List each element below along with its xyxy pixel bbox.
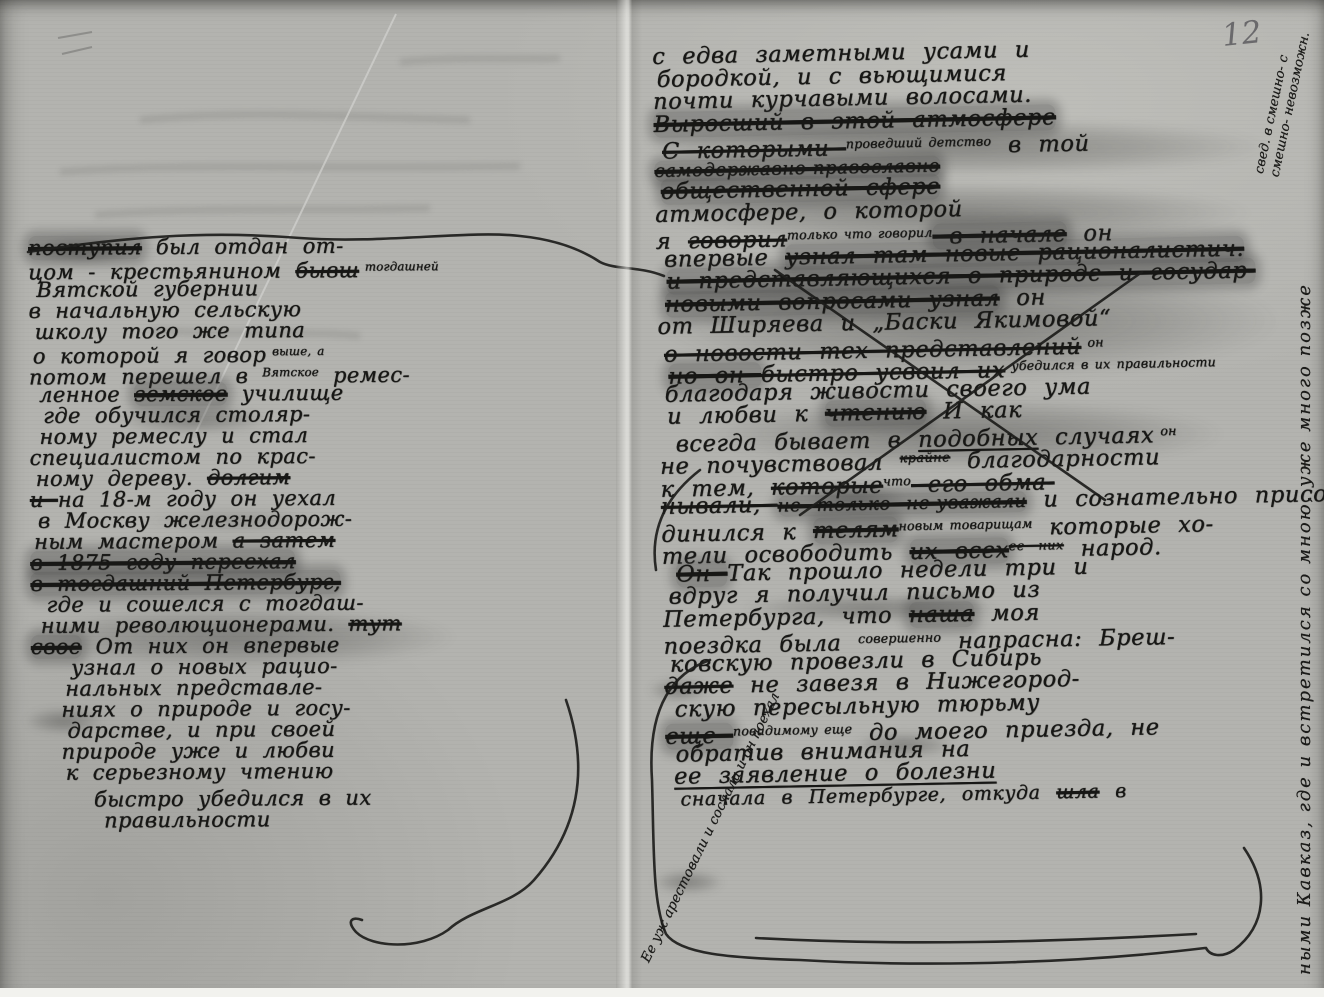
left-page-text: поступил был отдан от-цом - крестьянином… [28,232,628,830]
handwritten-text: только что говорил [787,225,933,243]
handwritten-text: в той [991,131,1090,159]
right-page-text: с едва заметными усами ибородкой, и с вь… [652,31,1324,805]
handwritten-text: крайне [899,449,950,465]
manuscript-scan: поступил был отдан от-цом - крестьянином… [0,0,1324,997]
manuscript-line: к серьезному чтению [66,757,628,782]
handwritten-text: в [1099,780,1127,803]
struck-text: бывш [295,258,359,282]
handwritten-text: к серьезному чтению [66,759,334,785]
struck-text: шла [1056,780,1100,803]
ghost-line [400,58,560,62]
page-number: 12 [1220,14,1263,54]
handwritten-text: проведший детство [846,134,992,152]
scan-bottom-edge [0,988,1324,997]
handwritten-text: он [1154,423,1177,438]
handwritten-text: ее них [1009,537,1064,553]
handwritten-text: совершенно [858,630,941,647]
handwritten-text: убедился в их правильности [1005,354,1216,373]
handwritten-text: новым товарищам [898,515,1032,533]
enclosure-right-stroke [1206,848,1261,955]
handwritten-text: правильности [104,807,271,832]
handwritten-text: выше, а [266,344,324,358]
margin-note-right-edge: ными Кавказ, где и встретился со мною, у… [1294,283,1315,975]
ghost-line [95,208,430,215]
ghost-line [60,166,520,172]
ghost-line [140,115,470,120]
handwritten-text: он [1081,334,1104,349]
handwritten-text: тогдашней [359,259,439,274]
underline-stroke [756,934,1196,942]
handwritten-text: Вятское [262,365,319,379]
struck-text: тут [348,611,401,635]
pencil-marks [58,32,92,54]
handwritten-text: что [883,473,911,489]
